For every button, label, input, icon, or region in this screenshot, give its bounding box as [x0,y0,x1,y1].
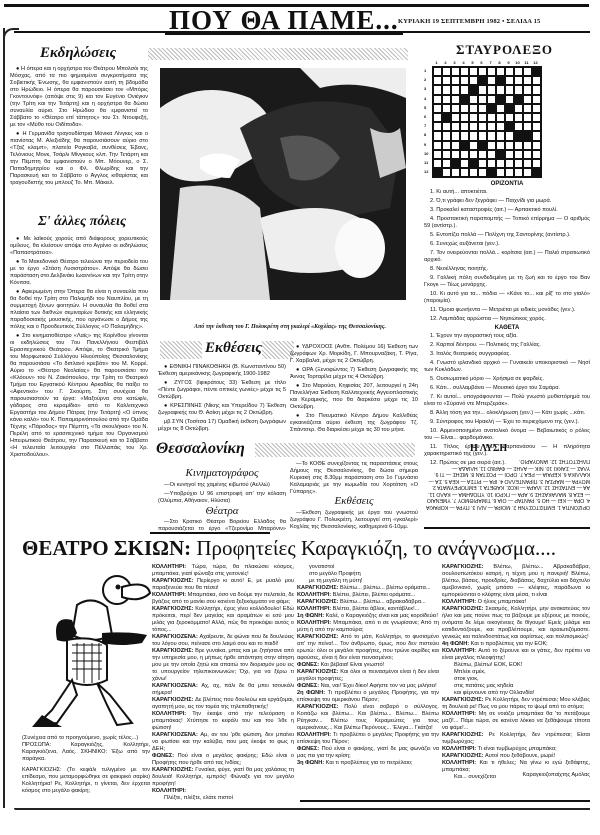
crossword-black-cell [514,131,523,140]
crossword-cell[interactable] [451,85,460,94]
crossword-cell[interactable] [505,150,514,159]
dialogue-line: ΚΟΛΛΗΤΗΡΙ: Αυτό το ξέρουνε και οι γάτες,… [442,648,590,662]
clue: 1. Έχουν την αγοραστική τους αξία. [424,333,590,340]
crossword-cell[interactable] [478,168,487,177]
ektheseis-left-list: ● ΕΘΝΙΚΗ ΠΙΝΑΚΟΘΗΚΗ (Β. Κωνσταντίνου 50)… [158,364,286,435]
crossword-cell[interactable] [514,113,523,122]
crossword-cell[interactable] [478,104,487,113]
crossword-cell[interactable] [460,67,469,76]
column-number: 11 [522,60,531,65]
speaker-name: ΚΑΡΑΓΚΙΟΖΗΣ: [442,697,485,703]
speaker-name: ΚΑΡΑΓΚΙΟΖΗΣ: [152,767,195,773]
crossword-cell[interactable] [523,104,532,113]
dialogue-line: ΚΟΛΛΗΤΗΡΙ: Τι προβλέπει ο μεγάλος Προφήτ… [297,732,439,746]
row-number: 7 [424,121,428,130]
crossword-cell[interactable] [532,76,541,85]
crossword-cell[interactable] [523,113,532,122]
across-clue-list: 1. Κι αυτή... αποκτιέται.2. Ό,τι γράφει … [424,189,590,323]
crossword-cell[interactable] [442,95,451,104]
crossword-cell[interactable] [442,104,451,113]
speaker-name: ΚΑΡΑΓΚΙΟΖΗΣ: [297,704,344,710]
crossword-cell[interactable] [514,76,523,85]
byline: Καραγκιοζοπαίχτης Αμόλας [442,772,590,779]
speaker-name: ΚΟΛΛΗΤΗΡΙ: [152,711,192,717]
karagiozis-figure-icon [22,565,152,730]
crossword-black-cell [487,168,496,177]
speaker-name: 1η ΦΩΝΗ: [297,613,326,619]
clue: 10. Κι αυτό για τα... πόδια — «Κάνε το..… [424,291,590,305]
crossword-cell[interactable] [523,150,532,159]
dialogue-column-3: ΚΑΡΑΓΚΙΟΖΗΣ: Βλέπω, βλέπω... Αβρακαδάβρα… [442,564,590,781]
row-number: 6 [424,112,428,121]
crossword-cell[interactable] [469,122,478,131]
ekdiloseis-body: ● Η όπερα και η ορχήστρα του Θεάτρου Μπο… [10,66,148,189]
speaker-name: ΦΩΝΕΣ: [297,662,321,668]
crossword-black-cell [433,168,442,177]
crossword-black-cell [442,113,451,122]
speaker-name: ΚΟΛΛΗΤΗΡΙ: [152,592,188,598]
alles-poleis-heading: Σ' άλλες πόλεις [38,214,126,230]
crossword-cell[interactable] [460,150,469,159]
crossword-cell[interactable] [442,159,451,168]
speaker-name: 2η ΦΩΝΗ: [297,690,328,696]
exhibition-item: ● ΖΥΓΟΣ (Ιφικράτους 33) Έκθεση με τίτλο … [158,380,286,401]
crossword-cell[interactable] [442,131,451,140]
dialogue-line: ΚΟΛΛΗΤΗΡΙ: Τι είναι τυμβωρύχος μπαμπάκα; [442,746,590,753]
crossword-cell[interactable] [433,67,442,76]
crossword-cell[interactable] [514,168,523,177]
speaker-name: ΚΟΛΛΗΤΗΡΙ: [442,760,480,766]
crossword-cell[interactable] [496,141,505,150]
crossword-cell[interactable] [460,159,469,168]
crossword-cell[interactable] [487,76,496,85]
crossword-cell[interactable] [433,122,442,131]
speaker-name: 3η ΦΩΝΗ: [297,760,326,766]
crossword-cell[interactable] [478,131,487,140]
crossword-cell[interactable] [496,104,505,113]
crossword-cell[interactable] [532,95,541,104]
crossword-cell[interactable] [433,104,442,113]
crossword-cell[interactable] [460,113,469,122]
crossword-title: ΣΤΑΥΡΟΛΕΞΟ [456,42,553,58]
crossword-cell[interactable] [496,85,505,94]
clue: 8. Άλλη τόση για την... ολοκλήρωση (γεν.… [424,410,590,417]
row-number: 3 [424,84,428,93]
crossword-cell[interactable] [451,168,460,177]
crossword-black-cell [496,150,505,159]
row-number: 10 [424,149,428,158]
crossword-cell[interactable] [487,67,496,76]
crossword-cell[interactable] [451,113,460,122]
crossword-cell[interactable] [514,141,523,150]
crossword-cell[interactable] [505,168,514,177]
crossword-cell[interactable] [523,141,532,150]
row-number: 1 [424,66,428,75]
crossword-cell[interactable] [523,76,532,85]
article-paragraph: ● Με λαϊκούς χορούς από διάφορους χορευτ… [10,236,148,257]
column-number: 5 [468,60,477,65]
crossword-cell[interactable] [469,104,478,113]
theatre-item: —Στο Κρατικό Θέατρο Βορείου Ελλάδος θα π… [158,519,286,533]
dialogue-line: στο μεγάλο Προφήτη [297,571,439,578]
dialogue-line: ΦΩΝΕΣ: Πού είναι ο φακίρης, γιατί δε μας… [297,746,439,760]
crossword-cell[interactable] [478,113,487,122]
crossword-cell[interactable] [433,85,442,94]
crossword-cell[interactable] [532,104,541,113]
crossword-cell[interactable] [451,76,460,85]
crossword-cell[interactable] [451,95,460,104]
across-heading: ΟΡΙΖΟΝΤΙΑ [424,181,590,188]
crossword-cell[interactable] [469,76,478,85]
clue: 4. Προστακτική παραπομπής — Τοπικό επίρρ… [424,216,590,230]
crossword-cell[interactable] [532,131,541,140]
article-paragraph: ● Το Μακεδονικό Θέατρο τελειώνει την περ… [10,259,148,287]
crossword-cell[interactable] [451,131,460,140]
clue: 9. Σύντροφος του Ηρακλή — Έχει το περιεχ… [424,419,590,426]
crossword-cell[interactable] [469,67,478,76]
crossword-black-cell [514,95,523,104]
dialogue-line: ΚΑΡΑΓΚΙΟΖΗΣ: Και όλοι οι πεινασμένοι είν… [297,669,439,683]
crossword-cell[interactable] [532,122,541,131]
crossword-cell[interactable] [487,150,496,159]
crossword-cell[interactable] [433,95,442,104]
dialogue-line: ΚΑΡΑΓΚΙΟΖΗΣ: Ρε Κολλητήρι, δεν ντρέπεσαι… [442,697,590,711]
crossword-cell[interactable] [478,159,487,168]
halftone-band [148,48,408,60]
crossword-cell[interactable] [523,122,532,131]
crossword-cell[interactable] [442,85,451,94]
exhibition-item: ● Στο Πνευματικό Κέντρο Δήμου Καλλιθέας … [290,413,418,434]
clue: 9. Γαλλική πόλη συνδεδεμένη με τη ζωή κα… [424,275,590,289]
crossword-cell[interactable] [433,159,442,168]
crossword-cell[interactable] [487,131,496,140]
crossword-cell[interactable] [514,67,523,76]
speaker-name: ΚΟΛΛΗΤΗΡΙ: [152,564,192,570]
dialogue-line: γονατιστοί [297,564,439,571]
dialogue-line: ΚΑΡΑΓΚΙΟΖΗΣ: Σκασμός, Κολλητήρι, μην ανα… [442,606,590,641]
section-rule [150,532,270,534]
crossword-cell[interactable] [442,76,451,85]
row-number: 4 [424,94,428,103]
dialogue-line: ΚΟΛΛΗΤΗΡΙ: Βλέπει, βλέπει, βλέπει οράματ… [297,592,439,599]
crossword-cell[interactable] [532,85,541,94]
row-number: 9 [424,140,428,149]
crossword-cell[interactable] [433,141,442,150]
crossword-cell[interactable] [478,67,487,76]
speaker-name: ΚΟΛΛΗΤΗΡΙ: [297,592,333,598]
crossword-cell[interactable] [532,159,541,168]
crossword-cell[interactable] [451,150,460,159]
speaker-name: ΚΑΡΑΓΚΙΟΖΗΣ: [152,697,195,703]
crossword-grid[interactable] [432,66,542,178]
crossword-black-cell [460,141,469,150]
dialogue-line: ΚΟΛΛΗΤΗΡΙ: Μπαμπάκα, από τι σε γνωρίσανε… [297,620,439,634]
dialogue-column-2: γονατιστοίστο μεγάλο Προφήτημε τη μεγάλη… [297,564,439,767]
crossword-cell[interactable] [478,95,487,104]
crossword-cell[interactable] [469,131,478,140]
dialogue-line: 4η ΦΩΝΗ: Και τι προβλέπεις για την ΕΟΚ; [442,641,590,648]
dialogue-column-1: ΚΟΛΛΗΤΗΡΙ: Τώρα, τώρα, θα πλακώσει κόσμο… [152,564,294,802]
solution-heading: Η ΛΥΣΗ [470,443,507,454]
photo-caption: Από την έκθεση του Γ. Πολυκρέτη στη γκαλ… [165,324,415,330]
crossword-black-cell [478,76,487,85]
crossword-cell[interactable] [523,95,532,104]
speaker-name: ΚΟΛΛΗΤΗΡΙ: [442,746,478,752]
crossword-cell[interactable] [487,159,496,168]
dialogue-line: και φέρνουνε από την Ολλανδία! [442,690,590,697]
clue: 2. Καρποί δέντρου. — Πολιτικός της Γαλλί… [424,342,590,349]
crossword-cell[interactable] [442,67,451,76]
crossword-black-cell [487,104,496,113]
speaker-name: ΚΟΛΛΗΤΗΡΙ: [152,788,186,794]
shadow-theatre-headline: ΘΕΑΤΡΟ ΣΚΙΩΝ: Προφητείες Καραγκιόζη, το … [22,536,556,561]
clue: 5. Ουσιωματικό μόριο — Χρήσιμα σε φαρδιέ… [424,376,590,383]
dialogue-line: ΚΑΡΑΓΚΙΟΖΗΣ: Βλέπω... βλέπω... αβρακαδάβ… [297,599,439,606]
crossword-cell[interactable] [496,122,505,131]
crossword-cell[interactable] [523,159,532,168]
crossword-cell[interactable] [478,85,487,94]
column-number: 12 [531,60,540,65]
crossword-cell[interactable] [442,141,451,150]
play-intro: (Συνέχεια από το προηγούμενο, χωρίς τέλο… [22,735,150,795]
thess-exhibitions-subheading: Εκθέσεις [290,495,418,507]
dialogue-line: ΚΑΡΑΓΚΙΟΖΗΣ: Γυναίκα, φύγε, γιατί θα μας… [152,767,294,788]
speaker-name: ΚΟΛΛΗΤΗΡΙ: [442,648,478,654]
crossword-cell[interactable] [496,131,505,140]
crossword-cell[interactable] [433,131,442,140]
exhibition-item: ● Στο Μαρούσι, Κηφισίας 207, λειτουργεί … [290,383,418,411]
dialogue-line: Μπλέκ σμέκ, [442,669,590,676]
intro-line: (Συνέχεια από το προηγούμενο, χωρίς τέλο… [22,735,150,742]
exhibition-item: μβ ΣΥΝ (Τοσίτσα 17) Ομαδική έκθεση ζωγρά… [158,419,286,433]
speaker-name: ΚΟΛΛΗΤΗΡΙ: [442,599,478,605]
dialogue-line: ΚΟΛΛΗΤΗΡΙ: Βλέπει, βλέπει άβλεκ, καντάβλ… [297,606,439,613]
section-rule [300,800,590,802]
speaker-name: ΚΑΡΑΓΚΙΟΖΗΣ: [442,753,485,759]
dialogue-line: ΚΑΡΑΓΚΙΟΖΗΣ: Πολύ είναι σοβαρό ο σύλλογο… [297,704,439,732]
speaker-name: ΚΑΡΑΓΚΙΟΖΗΣ: [152,606,195,612]
karagiozis-illustration [22,565,152,730]
dialogue-line: ΚΑΡΑΓΚΙΟΖΗΣ: Περίεργο κι αυτό! Ε, με μυα… [152,578,294,592]
crossword-black-cell [505,104,514,113]
crossword-cell[interactable] [442,168,451,177]
headline-bold: ΘΕΑΤΡΟ ΣΚΙΩΝ: [22,536,191,560]
exhibition-item: ● ΚΡΕΣΠΙΝΗΣ (Νίκης και Υπερείδου 7) Έκθε… [158,403,286,417]
row-number: 5 [424,103,428,112]
dialogue-line: ΚΑΡΑΓΚΙΟΖΗΣ: Βλέπω, βλέπω... Αβρακαδάβρα… [442,564,590,599]
speaker-name: ΚΑΡΑΓΚΙΟΖΕΝΑ: [152,683,201,689]
crossword-black-cell [469,85,478,94]
cinema-item: —Υποβρύχιο U 96 επιστροφή απ' την κόλαση… [158,491,286,505]
frame-corner [3,28,19,44]
dialogue-line: ΚΑΡΑΓΚΙΟΖΕΝΑ: Αμ, αν του 'ρθε φώτιση, δε… [152,732,294,753]
crossword-cell[interactable] [487,122,496,131]
dialogue-line: Βλέπω, βλέπω! ΕΟΚ, ΕΟΚ! [442,662,590,669]
crossword-cell[interactable] [460,122,469,131]
crossword-cell[interactable] [505,76,514,85]
cinema-subheading: Κινηματογράφος [158,467,286,479]
dialogue-line: ΦΩΝΕΣ: Πού είναι ο μεγάλος φακίρης; Εδώ … [152,753,294,767]
crossword-cell[interactable] [505,67,514,76]
crossword-cell[interactable] [496,159,505,168]
speaker-name: ΦΩΝΕΣ: [297,746,322,752]
crossword-cell[interactable] [514,159,523,168]
crossword-black-cell [523,131,532,140]
speaker-name: ΚΟΛΛΗΤΗΡΙ: [442,711,479,717]
speaker-name: ΚΑΡΑΓΚΙΟΖΗΣ: [442,732,489,738]
crossword-cell[interactable] [469,141,478,150]
speaker-name: ΚΑΡΑΓΚΙΟΖΗΣ: [297,599,340,605]
theatre-list-cont: —Το ΚΟΘΕ συνεχίζοντας τις παραστάσεις στ… [290,461,418,498]
crossword-cell[interactable] [487,113,496,122]
crossword-cell[interactable] [532,150,541,159]
dialogue-line: ΦΩΝΕΣ: Ναι, ναι! Έχει δίκιο! Αφήστε τον … [297,683,439,690]
crossword-cell[interactable] [514,150,523,159]
crossword-cell[interactable] [469,95,478,104]
crossword-cell[interactable] [451,141,460,150]
crossword-cell[interactable] [469,150,478,159]
solution-text-upside-down: ΟΡΙΖΟΝΤΙΑ 1. ΕΜΠΙΣΤΟΣΥΝΗ 2. ΜΟΙΡΑ — ΛΙΛΙ… [424,458,590,510]
crossword-cell[interactable] [514,85,523,94]
masthead-bottom-rule [14,31,590,33]
crossword-black-cell [532,67,541,76]
crossword-cell[interactable] [478,150,487,159]
halftone-block [160,341,202,359]
crossword-cell[interactable] [514,104,523,113]
exhibition-photo [160,68,406,300]
dialogue-line: ΚΟΛΛΗΤΗΡΙ: Τώρα, τώρα, θα πλακώσει κόσμο… [152,564,294,578]
crossword-cell[interactable] [523,67,532,76]
crossword-cell[interactable] [487,95,496,104]
speaker-name: ΚΑΡΑΓΚΙΟΖΗΣ: [442,564,493,570]
column-number: 1 [432,60,441,65]
cinema-item: —Οι κυνηγοί της χαμένης κιβωτού (Αελλώ) [158,482,286,489]
crossword-cell[interactable] [505,95,514,104]
crossword-cell[interactable] [478,122,487,131]
crossword-cell[interactable] [496,113,505,122]
intro-line: ΠΡΟΣΩΠΑ: Καραγκιόζης, Κολλητήρι, Καραγκι… [22,742,150,763]
crossword-cell[interactable] [505,131,514,140]
painting-figure-icon [160,68,406,300]
thess-exhibitions-list: —Έκθεση ζωγραφικής με έργα του γνωστού ζ… [290,510,418,533]
clue: 7. Τον ονειρεύονται πολλά... κορίτσια (α… [424,250,590,264]
row-number: 11 [424,158,428,167]
dialogue-line: ΚΟΛΛΗΤΗΡΙ: Ο ήλιος μπαμπάκα! [442,599,590,606]
clue: 3. Προκαλεί καταστροφές (αιτ.) — Αρπακτι… [424,207,590,214]
clue: 3. Ιταλός θεατρικός συγγραφέας. [424,351,590,358]
row-number: 8 [424,130,428,139]
speaker-name: ΚΟΛΛΗΤΗΡΙ: [297,606,333,612]
dialogue-line: ΚΑΡΑΓΚΙΟΖΗΣ: Από το μάτι, Κολλητήρι, το … [297,634,439,662]
row-number: 2 [424,75,428,84]
crossword-cell[interactable] [451,67,460,76]
crossword-black-cell [478,141,487,150]
crossword-cell[interactable] [505,113,514,122]
crossword-cell[interactable] [460,131,469,140]
crossword-cell[interactable] [460,85,469,94]
crossword-black-cell [460,95,469,104]
crossword-cell[interactable] [451,122,460,131]
crossword-cell[interactable] [523,168,532,177]
speaker-name: ΦΩΝΕΣ: [297,683,321,689]
halftone-band [255,443,415,457]
dialogue-line: ΚΑΡΑΓΚΙΟΖΗΣ: Βρε γυναίκα, μπας και με ζη… [152,648,294,683]
crossword-cell[interactable] [433,150,442,159]
dialogue-line: Πλέξτε, πλέξτε, ελάτε πιστοί [152,795,294,802]
headline-rest: Προφητείες Καραγκιόζη, το ανάγνωσμα.... [191,536,556,560]
crossword-cell[interactable] [442,150,451,159]
speaker-name: ΦΩΝΕΣ: [152,753,178,759]
dialogue-line: 2η ΦΩΝΗ: Τι προβλέπει ο μεγάλος Προφήτης… [297,690,439,704]
crossword-cell[interactable] [460,168,469,177]
frame-left-rule [3,28,5,808]
crossword-column-numbers: 123456789101112 [432,60,542,65]
down-heading: ΚΑΘΕΤΑ [424,325,590,332]
dialogue-line: ΚΑΡΑΓΚΙΟΖΗΣ: Κολλητήρι, έχεις γίνει κολλ… [152,606,294,634]
crossword-cell[interactable] [532,113,541,122]
column-number: 6 [477,60,486,65]
article-paragraph: ● Η όπερα και η ορχήστρα του Θεάτρου Μπο… [10,66,148,129]
speaker-name: ΚΑΡΑΓΚΙΟΖΗΣ: [297,585,340,591]
column-number: 10 [513,60,522,65]
speaker-name: ΚΑΡΑΓΚΙΟΖΗΣ: [152,648,195,654]
clue: 6. Συνεχώς αυξάνεται (γεν.). [424,241,590,248]
crossword-cell[interactable] [505,159,514,168]
clue: 1. Κι αυτή... αποκτιέται. [424,189,590,196]
crossword-cell[interactable] [433,113,442,122]
dialogue-line: ΚΟΛΛΗΤΗΡΙ: [152,788,294,795]
dialogue-line: ΚΑΡΑΓΚΙΟΖΕΝΑ: Αχ, αχ, πάλι δε θα μπει τσ… [152,683,294,697]
crossword-clues: ΟΡΙΖΟΝΤΙΑ 1. Κι αυτή... αποκτιέται.2. Ό,… [424,180,590,469]
crossword-cell[interactable] [469,113,478,122]
crossword-cell[interactable] [532,141,541,150]
crossword-cell[interactable] [433,76,442,85]
crossword-cell[interactable] [514,122,523,131]
crossword-cell[interactable] [496,67,505,76]
exhibition-item: ● ΩΡΑ (Ξενοφώντος 7) Έκθεση ζωγραφικής τ… [290,367,418,381]
speaker-name: 4η ΦΩΝΗ: [442,641,471,647]
clue: 10. Αρμενοποιημένο ανατολικό όνομα — Βεβ… [424,428,590,442]
exhibition-item: ● ΕΘΝΙΚΗ ΠΙΝΑΚΟΘΗΚΗ (Β. Κωνσταντίνου 50)… [158,364,286,378]
article-paragraph: ● Η Γερμανίδα τραγουδίστρια Μόνικα Λίνγκ… [10,131,148,187]
crossword-cell[interactable] [460,76,469,85]
exhibition-item: —Έκθεση ζωγραφικής με έργα του γνωστού ζ… [290,510,418,531]
crossword-black-cell [469,159,478,168]
thessaloniki-heading: Θεσσαλονίκη [156,440,245,458]
ekdiloseis-heading: Εκδηλώσεις [40,45,116,62]
crossword-cell[interactable] [451,104,460,113]
crossword-cell[interactable] [487,141,496,150]
crossword-cell[interactable] [460,104,469,113]
crossword-cell[interactable] [487,85,496,94]
column-number: 9 [504,60,513,65]
crossword-cell[interactable] [523,85,532,94]
clue: 2. Ό,τι γράφει δεν ξεγράφει — Παιχνίδι γ… [424,198,590,205]
column-number: 3 [450,60,459,65]
clue: 11. Όμοια φωνήεντα — Μετριέται με ειδικέ… [424,307,590,314]
crossword-cell[interactable] [442,122,451,131]
speaker-name: ΚΑΡΑΓΚΙΟΖΕΝΑ: [152,732,200,738]
dialogue-line: με τη μεγάλη τη μύτη! [297,578,439,585]
crossword-cell[interactable] [505,85,514,94]
crossword-cell[interactable] [469,168,478,177]
section-rule [424,527,590,529]
crossword-cell[interactable] [496,168,505,177]
crossword-cell[interactable] [505,141,514,150]
crossword-black-cell [496,76,505,85]
ektheseis-heading: Εκθέσεις [205,340,262,357]
ektheseis-right-list: ● ΥΔΡΟΧΟΟΣ (Ανθπ. Πολέμου 16) Έκθεση των… [290,344,418,436]
